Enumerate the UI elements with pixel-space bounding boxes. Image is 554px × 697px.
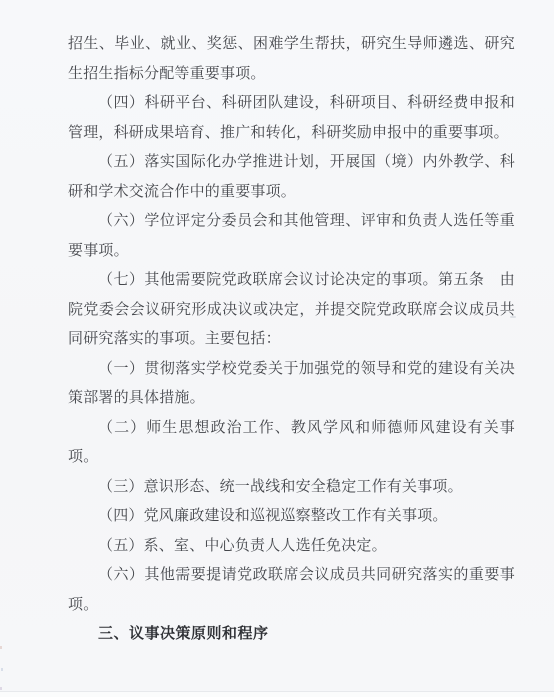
scan-artifact-speck — [0, 646, 2, 649]
paragraph: （六）学位评定分委员会和其他管理、评审和负责人选任等重要事项。 — [68, 207, 515, 266]
paragraph: （二）师生思想政治工作、教风学风和师德师风建设有关事项。 — [68, 414, 515, 473]
scan-artifact-dash — [510, 316, 516, 318]
scanned-document-page: 招生、毕业、就业、奖惩、困难学生帮扶，研究生导师遴选、研究生招生指标分配等重要事… — [0, 0, 554, 697]
paragraph: 招生、毕业、就业、奖惩、困难学生帮扶，研究生导师遴选、研究生招生指标分配等重要事… — [68, 30, 515, 89]
scan-artifact-speck — [1, 668, 3, 671]
paragraph: （四）党风廉政建设和巡视巡察整改工作有关事项。 — [68, 502, 515, 532]
paragraph: （六）其他需要提请党政联席会议成员共同研究落实的重要事项。 — [68, 561, 515, 620]
paragraph: （五）落实国际化办学推进计划，开展国（境）内外教学、科研和学术交流合作中的重要事… — [68, 148, 515, 207]
paragraph: （四）科研平台、科研团队建设，科研项目、科研经费申报和管理，科研成果培育、推广和… — [68, 89, 515, 148]
paragraph: （三）意识形态、统一战线和安全稳定工作有关事项。 — [68, 473, 515, 503]
paragraph: （一）贯彻落实学校党委关于加强党的领导和党的建设有关决策部署的具体措施。 — [68, 355, 515, 414]
document-body: 招生、毕业、就业、奖惩、困难学生帮扶，研究生导师遴选、研究生招生指标分配等重要事… — [68, 30, 515, 650]
scan-artifact-speck — [0, 687, 2, 690]
paragraph: （七）其他需要院党政联席会议讨论决定的事项。第五条 由院党委会会议研究形成决议或… — [68, 266, 515, 355]
scan-page-bottom-edge — [0, 691, 554, 697]
section-heading: 三、议事决策原则和程序 — [68, 620, 515, 650]
paragraph: （五）系、室、中心负责人人选任免决定。 — [68, 532, 515, 562]
